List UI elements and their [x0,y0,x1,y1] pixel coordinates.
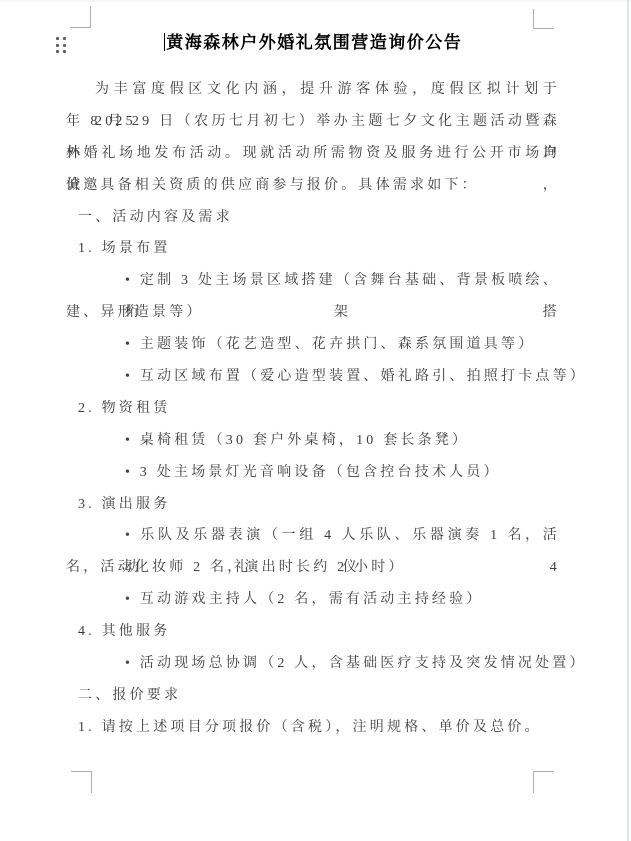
window-top-edge [0,0,631,2]
crop-mark-bottom-left [71,771,92,793]
paragraph-drag-handle-icon[interactable] [56,37,66,53]
crop-mark-top-left [70,6,91,28]
document-line[interactable]: • 定制 3 处主场景区域搭建（含舞台基础、背景板喷绘、桁架搭 [66,265,560,297]
crop-mark-bottom-right [533,771,554,793]
document-line[interactable]: • 主题装饰（花艺造型、花卉拱门、森系氛围道具等） [66,329,560,361]
document-line[interactable]: 一、活动内容及需求 [66,202,560,234]
document-line[interactable]: 二、报价要求 [66,680,560,712]
document-title-text: 黄海森林户外婚礼氛围营造询价公告 [166,33,462,52]
document-line[interactable]: 3. 演出服务 [66,489,560,521]
drag-handle-dot [56,44,59,47]
document-line[interactable]: 1. 请按上述项目分项报价（含税），注明规格、单价及总价。 [66,712,560,744]
document-line[interactable]: • 活动现场总协调（2 人，含基础医疗支持及突发情况处置） [66,648,560,680]
document-line[interactable]: • 互动区域布置（爱心造型装置、婚礼路引、拍照打卡点等） [66,361,560,393]
crop-mark-top-right [533,9,554,29]
document-line[interactable]: • 桌椅租赁（30 套户外桌椅，10 套长条凳） [66,425,560,457]
document-line[interactable]: • 3 处主场景灯光音响设备（包含控台技术人员） [66,457,560,489]
document-line[interactable]: • 乐队及乐器表演（一组 4 人乐队、乐器演奏 1 名，活动礼仪 4 [66,520,560,552]
document-line[interactable]: 4. 其他服务 [66,616,560,648]
document-line[interactable]: 2. 物资租赁 [66,393,560,425]
drag-handle-dot [56,37,59,40]
document-title[interactable]: 黄海森林户外婚礼氛围营造询价公告 [66,30,560,55]
right-edge-divider [627,0,629,841]
document-line[interactable]: 外婚礼场地发布活动。现就活动所需物资及服务进行公开市场询价， [66,138,560,170]
document-body: 为丰富度假区文化内涵，提升游客体验，度假区拟计划于 2025年 8 月 29 日… [66,74,560,744]
document-line[interactable]: • 互动游戏主持人（2 名，需有活动主持经验） [66,584,560,616]
document-line[interactable]: 1. 场景布置 [66,233,560,265]
document-line[interactable]: 年 8 月 29 日（农历七月初七）举办主题七夕文化主题活动暨森林户 [66,106,560,138]
drag-handle-dot [56,50,59,53]
document-line[interactable]: 为丰富度假区文化内涵，提升游客体验，度假区拟计划于 2025 [66,74,560,106]
